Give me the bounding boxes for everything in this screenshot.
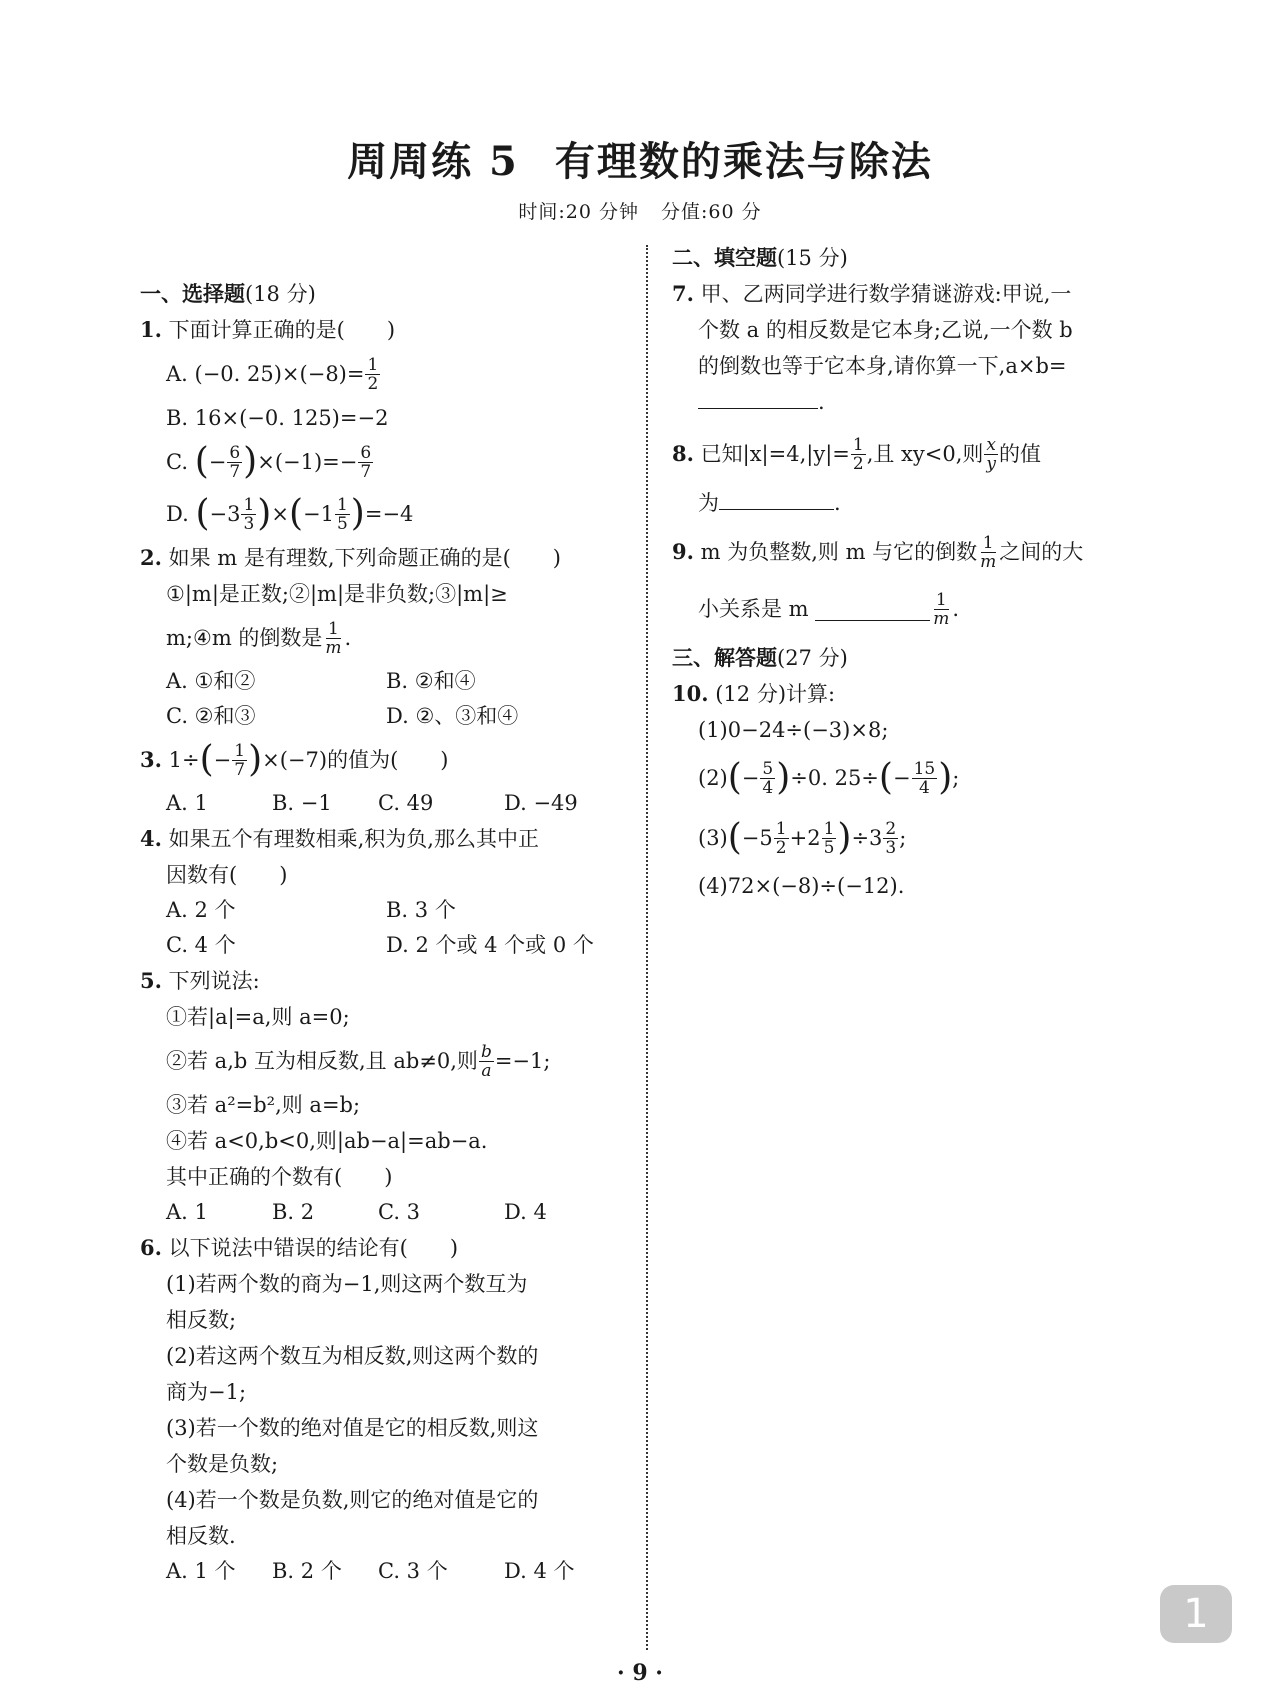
exam-info: 时间:20 分钟分值:60 分 [0,197,1280,224]
section-heading-fill: 二、填空题(15 分) [672,240,1172,276]
question-7: 7. 甲、乙两同学进行数学猜谜游戏:甲说,一 个数 a 的相反数是它本身;乙说,… [672,276,1172,428]
question-5: 5. 下列说法: ①若|a|=a,则 a=0; ②若 a,b 互为相反数,且 a… [140,963,630,1230]
option-c: C. (−67)×(−1)=−67 [166,436,630,488]
question-9: 9. m 为负整数,则 m 与它的倒数1m之间的大 小关系是 m 1m. [672,526,1172,640]
left-column: 一、选择题(18 分) 1. 下面计算正确的是( ) A. (−0. 25)×(… [140,276,630,1589]
title-main: 有理数的乘法与除法 [555,138,933,185]
question-2: 2. 如果 m 是有理数,下列命题正确的是( ) ①|m|是正数;②|m|是非负… [140,540,630,734]
option-a: A. (−0. 25)×(−8)=12 [166,348,630,400]
time-limit: 时间:20 分钟 [518,201,639,223]
question-4: 4. 如果五个有理数相乘,积为负,那么其中正 因数有( ) A. 2 个B. 3… [140,821,630,963]
answer-blank[interactable] [698,386,818,409]
question-1: 1. 下面计算正确的是( ) A. (−0. 25)×(−8)=12 B. 16… [140,312,630,540]
option-b: B. 16×(−0. 125)=−2 [166,400,630,436]
options: A. 1 个B. 2 个C. 3 个D. 4 个 [166,1554,630,1589]
options: A. 1B. 2C. 3D. 4 [166,1195,630,1230]
question-3: 3. 1÷(−17)×(−7)的值为( ) A. 1B. −1C. 49D. −… [140,734,630,821]
page-title: 周周练 5有理数的乘法与除法 [0,136,1280,188]
option-d: D. (−313)×(−115)=−4 [166,488,630,540]
sub-problem-4: (4)72×(−8)÷(−12). [698,868,1172,904]
section-heading-choice: 一、选择题(18 分) [140,276,630,312]
options: A. 2 个B. 3 个 [166,893,630,928]
options: A. ①和②B. ②和④ [166,664,630,699]
question-8: 8. 已知|x|=4,|y|=12,且 xy<0,则xy的值 为. [672,428,1172,526]
column-divider [646,245,648,1650]
answer-blank[interactable] [815,598,930,621]
right-column: 二、填空题(15 分) 7. 甲、乙两同学进行数学猜谜游戏:甲说,一 个数 a … [672,240,1172,904]
answer-blank[interactable] [719,487,834,510]
title-prefix: 周周练 5 [347,138,519,185]
options: A. 1B. −1C. 49D. −49 [140,786,630,821]
section-heading-solve: 三、解答题(27 分) [672,640,1172,676]
sub-problem-1: (1)0−24÷(−3)×8; [698,712,1172,748]
page-number: · 9 · [0,1660,1280,1686]
options: C. ②和③D. ②、③和④ [166,699,630,734]
question-6: 6. 以下说法中错误的结论有( ) (1)若两个数的商为−1,则这两个数互为 相… [140,1230,630,1589]
sub-problem-2: (2)(−54)÷0. 25÷(−154); [698,748,1172,808]
sub-problem-3: (3)(−512+215)÷323; [698,808,1172,868]
page-indicator-badge[interactable]: 1 [1160,1585,1232,1643]
total-score: 分值:60 分 [661,201,762,223]
question-10: 10. (12 分)计算: (1)0−24÷(−3)×8; (2)(−54)÷0… [672,676,1172,904]
options: C. 4 个D. 2 个或 4 个或 0 个 [166,928,630,963]
